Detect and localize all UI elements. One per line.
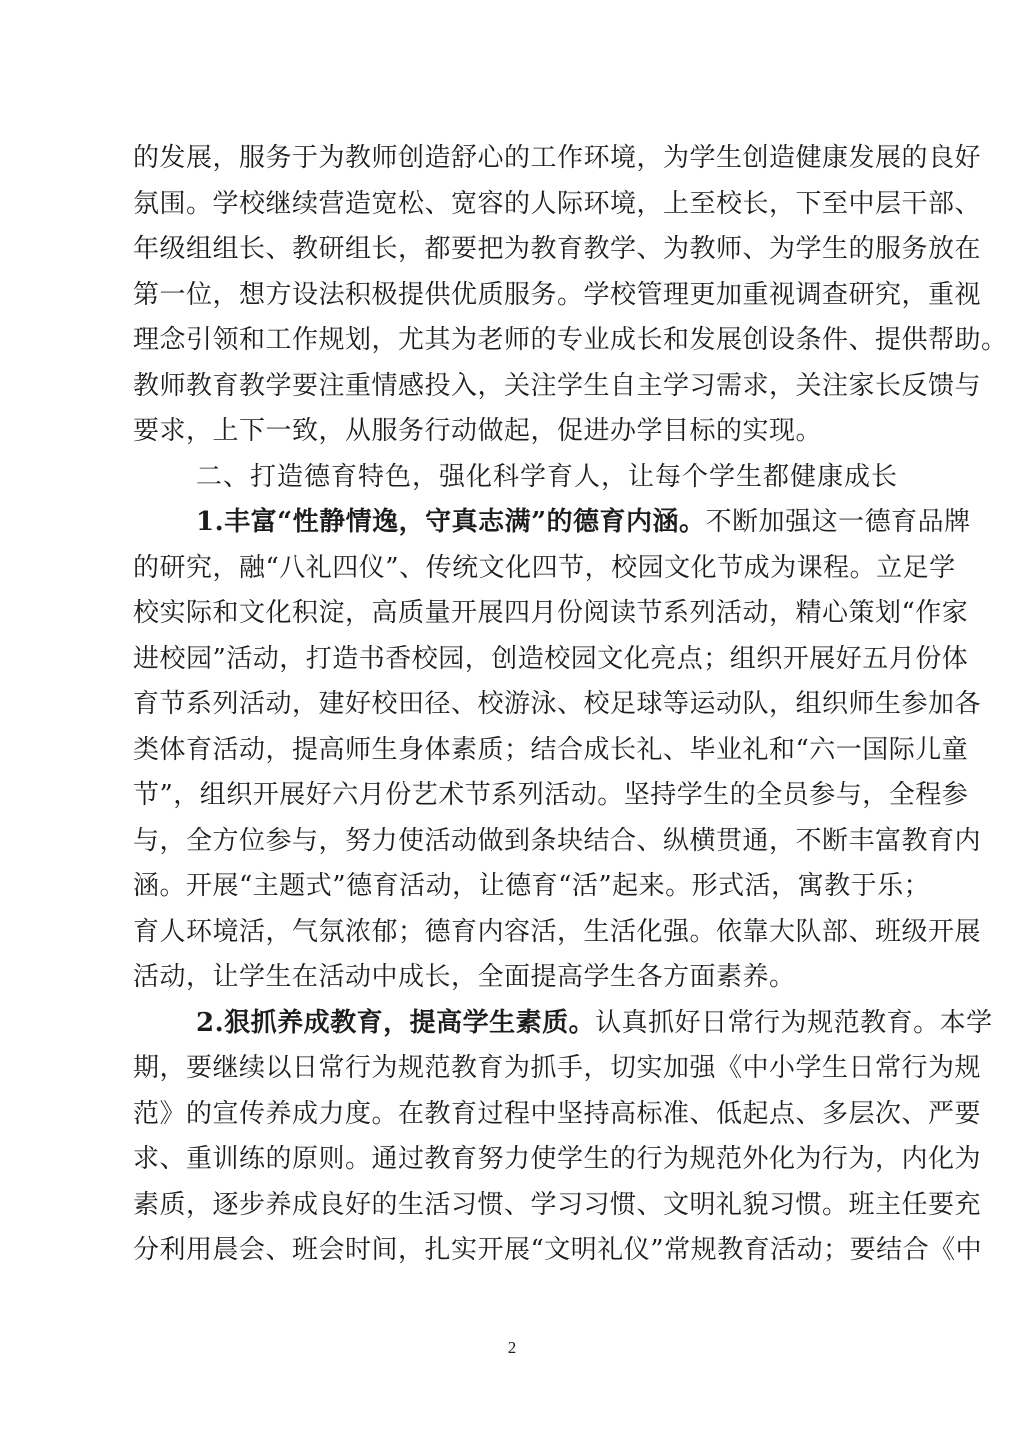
paragraph-line: 教师教育教学要注重情感投入，关注学生自主学习需求，关注家长反馈与 bbox=[133, 364, 894, 410]
item-title: 2.狠抓养成教育，提高学生素质。 bbox=[196, 1008, 595, 1038]
body-text: 的发展，服务于为教师创造舒心的工作环境，为学生创造健康发展的良好 氛围。学校继续… bbox=[133, 136, 894, 1274]
paragraph-line: 分利用晨会、班会时间，扎实开展“文明礼仪”常规教育活动；要结合《中 bbox=[133, 1228, 894, 1274]
paragraph-line: 校实际和文化积淀，高质量开展四月份阅读节系列活动，精心策划“作家 bbox=[133, 591, 894, 637]
paragraph-line: 活动，让学生在活动中成长，全面提高学生各方面素养。 bbox=[133, 955, 894, 1001]
paragraph-line: 1.丰富“性静情逸，守真志满”的德育内涵。不断加强这一德育品牌 bbox=[133, 500, 894, 546]
paragraph-text: 认真抓好日常行为规范教育。本学 bbox=[595, 1008, 993, 1038]
paragraph-line: 期，要继续以日常行为规范教育为抓手，切实加强《中小学生日常行为规 bbox=[133, 1046, 894, 1092]
page-number: 2 bbox=[0, 1338, 1024, 1358]
paragraph-line: 育人环境活，气氛浓郁；德育内容活，生活化强。依靠大队部、班级开展 bbox=[133, 910, 894, 956]
paragraph-line: 范》的宣传养成力度。在教育过程中坚持高标准、低起点、多层次、严要 bbox=[133, 1092, 894, 1138]
paragraph-line: 育节系列活动，建好校田径、校游泳、校足球等运动队，组织师生参加各 bbox=[133, 682, 894, 728]
paragraph-line: 2.狠抓养成教育，提高学生素质。认真抓好日常行为规范教育。本学 bbox=[133, 1001, 894, 1047]
section-heading: 二、打造德育特色，强化科学育人，让每个学生都健康成长 bbox=[133, 455, 894, 501]
paragraph-line: 素质，逐步养成良好的生活习惯、学习习惯、文明礼貌习惯。班主任要充 bbox=[133, 1183, 894, 1229]
paragraph-line: 要求，上下一致，从服务行动做起，促进办学目标的实现。 bbox=[133, 409, 894, 455]
paragraph-line: 年级组组长、教研组长，都要把为教育教学、为教师、为学生的服务放在 bbox=[133, 227, 894, 273]
paragraph-line: 节”，组织开展好六月份艺术节系列活动。坚持学生的全员参与，全程参 bbox=[133, 773, 894, 819]
paragraph-line: 与，全方位参与，努力使活动做到条块结合、纵横贯通，不断丰富教育内 bbox=[133, 819, 894, 865]
paragraph-line: 第一位，想方设法积极提供优质服务。学校管理更加重视调查研究，重视 bbox=[133, 273, 894, 319]
paragraph-text: 不断加强这一德育品牌 bbox=[706, 507, 971, 537]
item-title: 1.丰富“性静情逸，守真志满”的德育内涵。 bbox=[196, 507, 706, 537]
document-page: 的发展，服务于为教师创造舒心的工作环境，为学生创造健康发展的良好 氛围。学校继续… bbox=[0, 0, 1024, 1448]
paragraph-line: 的发展，服务于为教师创造舒心的工作环境，为学生创造健康发展的良好 bbox=[133, 136, 894, 182]
paragraph-line: 的研究，融“八礼四仪”、传统文化四节，校园文化节成为课程。立足学 bbox=[133, 546, 894, 592]
paragraph-line: 涵。开展“主题式”德育活动，让德育“活”起来。形式活，寓教于乐； bbox=[133, 864, 894, 910]
paragraph-line: 理念引领和工作规划，尤其为老师的专业成长和发展创设条件、提供帮助。 bbox=[133, 318, 894, 364]
paragraph-line: 求、重训练的原则。通过教育努力使学生的行为规范外化为行为，内化为 bbox=[133, 1137, 894, 1183]
paragraph-line: 进校园”活动，打造书香校园，创造校园文化亮点；组织开展好五月份体 bbox=[133, 637, 894, 683]
paragraph-line: 氛围。学校继续营造宽松、宽容的人际环境，上至校长，下至中层干部、 bbox=[133, 182, 894, 228]
paragraph-line: 类体育活动，提高师生身体素质；结合成长礼、毕业礼和“六一国际儿童 bbox=[133, 728, 894, 774]
